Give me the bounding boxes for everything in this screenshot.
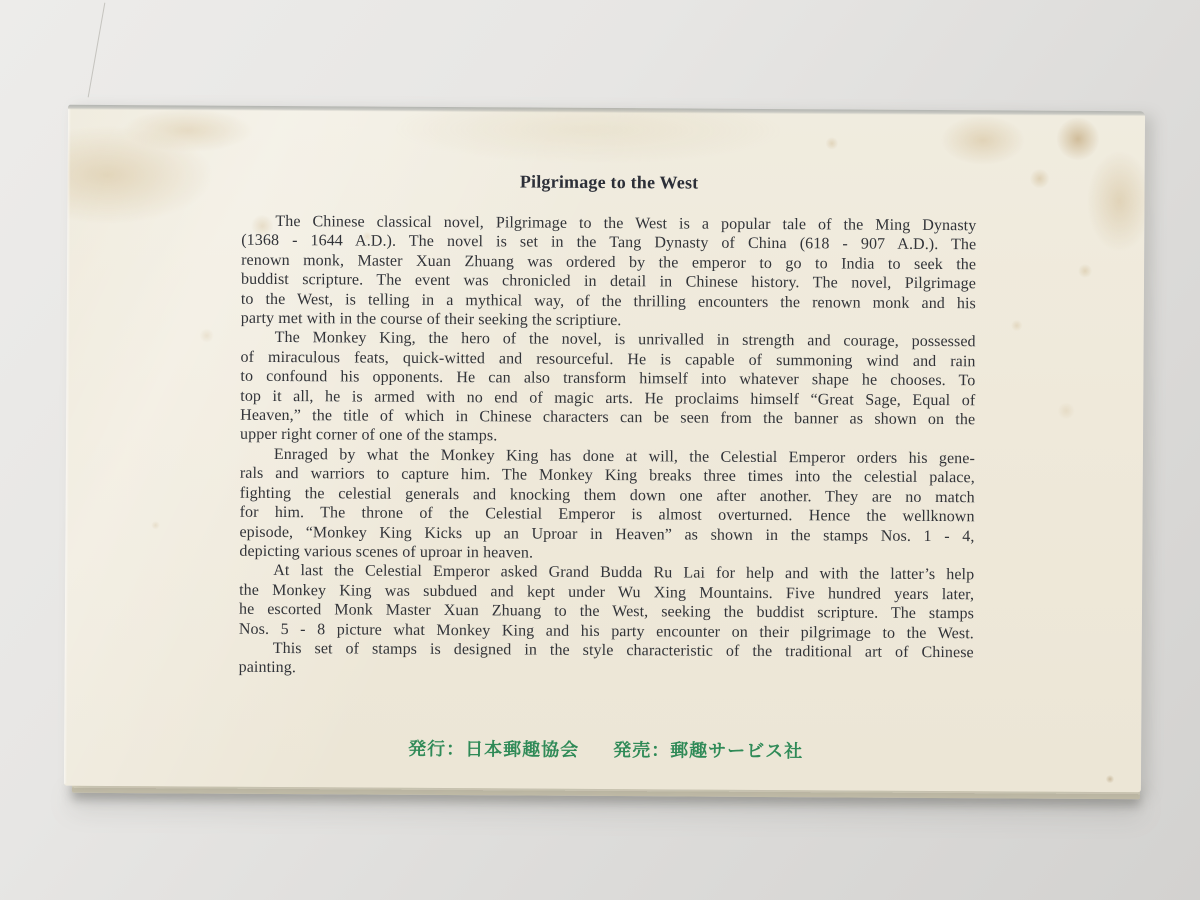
photo-backdrop: Pilgrimage to the West The Chinese class… [0,0,1200,900]
publisher-issuer: 発行：日本郵趣協会 [408,735,579,762]
body-text: The Chinese classical novel, Pilgrimage … [239,212,977,682]
backdrop-scratch [88,3,106,98]
publisher-line: 発行：日本郵趣協会 発売：郵趣サービス社 [238,734,973,764]
printed-content: Pilgrimage to the West The Chinese class… [238,106,977,764]
stamp-folder-back-cover: Pilgrimage to the West The Chinese class… [64,105,1145,793]
text-line: painting. [239,658,974,682]
page-title: Pilgrimage to the West [242,168,977,196]
publisher-seller: 発売：郵趣サービス社 [613,736,803,763]
